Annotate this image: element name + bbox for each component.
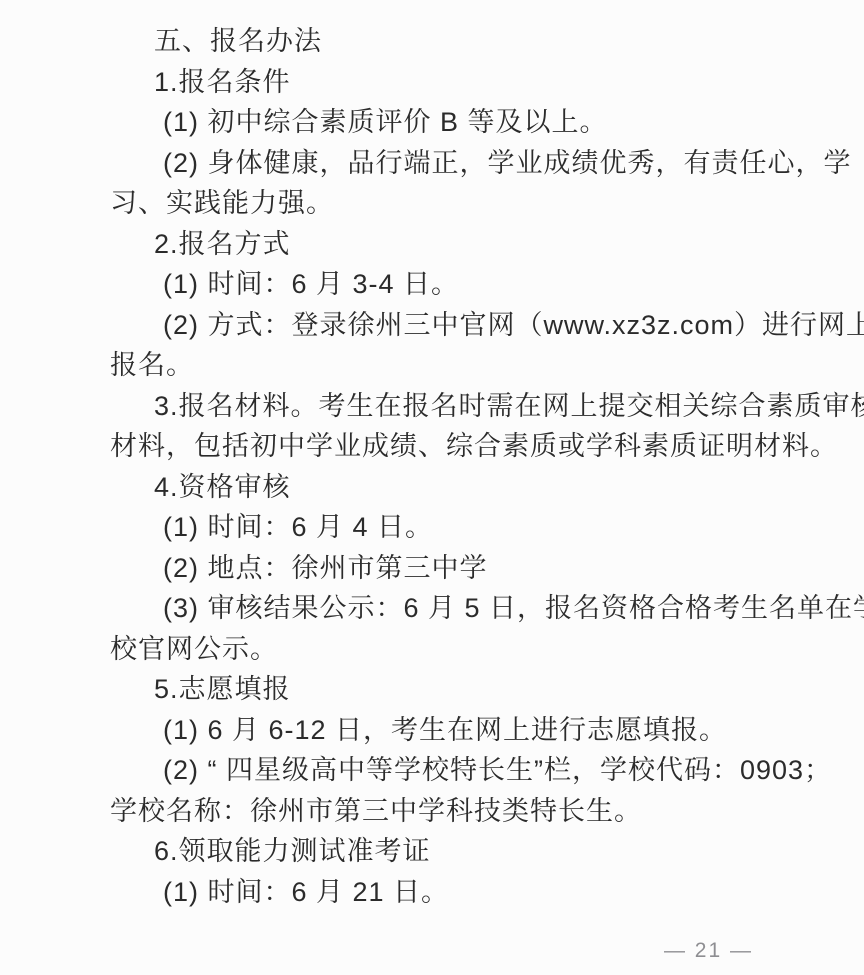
text-line: 校官网公示。 — [110, 629, 804, 670]
text-line: 3.报名材料。考生在报名时需在网上提交相关综合素质审核 — [110, 386, 804, 427]
text-line: 5.志愿填报 — [110, 669, 804, 710]
text-line: 学校名称：徐州市第三中学科技类特长生。 — [110, 791, 804, 832]
text-line: (1) 初中综合素质评价 B 等及以上。 — [110, 102, 804, 143]
text-line: (2) “ 四星级高中等学校特长生”栏，学校代码：0903； — [110, 750, 804, 791]
text-line: 2.报名方式 — [110, 224, 804, 265]
document-page: 五、报名办法1.报名条件(1) 初中综合素质评价 B 等及以上。(2) 身体健康… — [0, 0, 864, 975]
text-line: (3) 审核结果公示：6 月 5 日，报名资格合格考生名单在学 — [110, 588, 804, 629]
page-number: — 21 — — [664, 939, 753, 963]
text-line: (1) 6 月 6-12 日，考生在网上进行志愿填报。 — [110, 710, 804, 751]
text-line: (1) 时间：6 月 4 日。 — [110, 507, 804, 548]
text-line: 6.领取能力测试准考证 — [110, 831, 804, 872]
text-line: (2) 地点：徐州市第三中学 — [110, 548, 804, 589]
text-line: (2) 身体健康，品行端正，学业成绩优秀，有责任心，学 — [110, 143, 804, 184]
text-line: 4.资格审核 — [110, 467, 804, 508]
document-body: 五、报名办法1.报名条件(1) 初中综合素质评价 B 等及以上。(2) 身体健康… — [110, 21, 804, 912]
text-line: 1.报名条件 — [110, 62, 804, 103]
section-heading: 五、报名办法 — [110, 21, 804, 62]
text-line: (1) 时间：6 月 21 日。 — [110, 872, 804, 913]
text-line: (2) 方式：登录徐州三中官网（www.xz3z.com）进行网上 — [110, 305, 804, 346]
text-line: 报名。 — [110, 345, 804, 386]
text-line: 习、实践能力强。 — [110, 183, 804, 224]
text-line: (1) 时间：6 月 3-4 日。 — [110, 264, 804, 305]
text-line: 材料，包括初中学业成绩、综合素质或学科素质证明材料。 — [110, 426, 804, 467]
